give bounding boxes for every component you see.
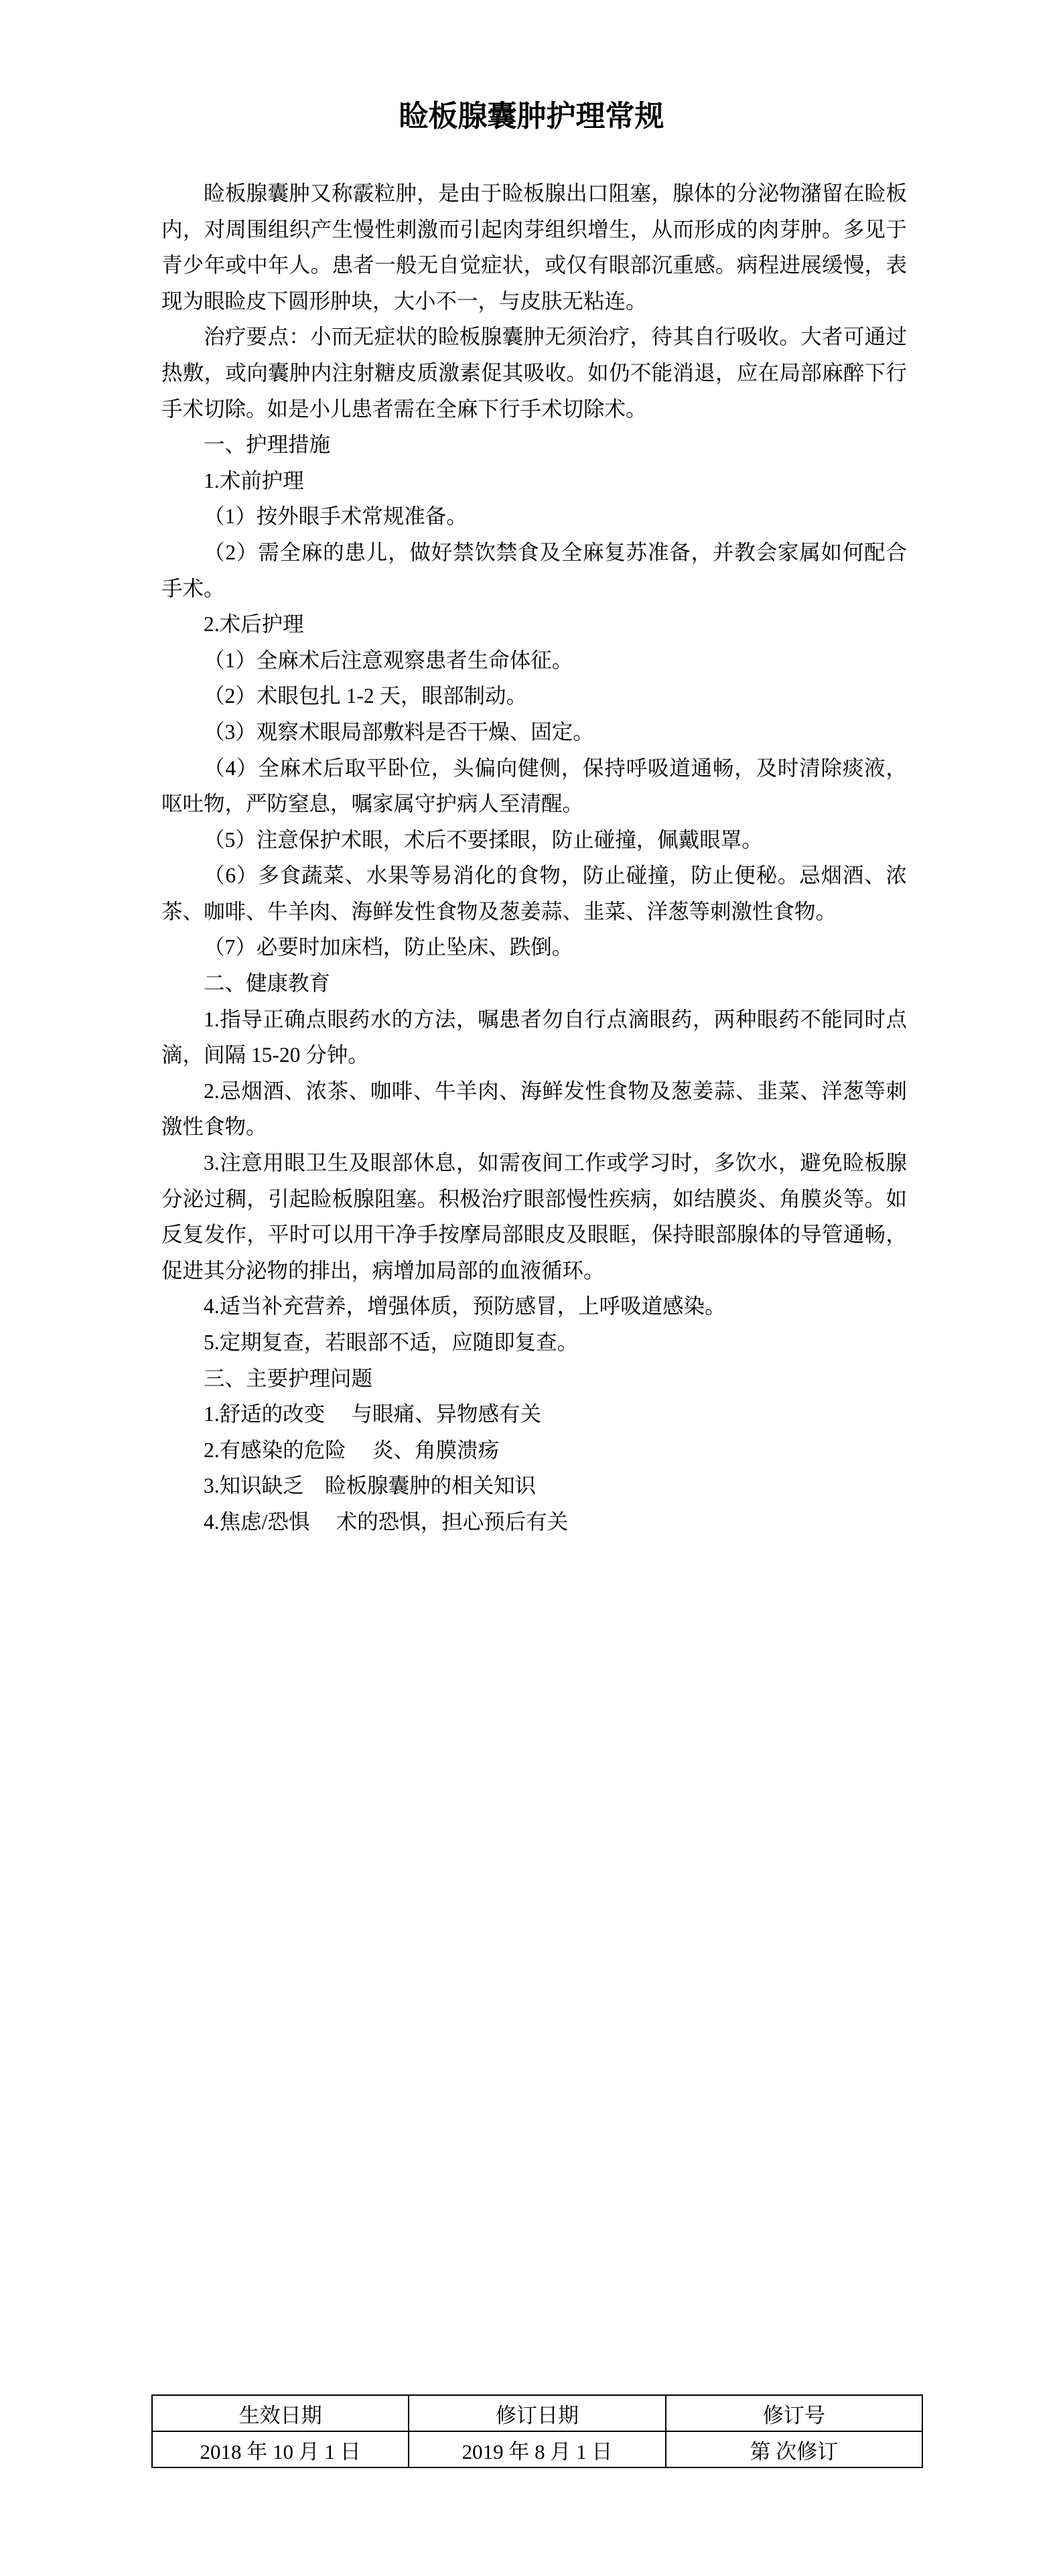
revision-table: 生效日期 修订日期 修订号 2018 年 10 月 1 日 2019 年 8 月… — [151, 2394, 923, 2468]
text-line: 促进其分泌物的排出，病增加局部的血液循环。 — [161, 1253, 907, 1289]
text-line: 5.定期复查，若眼部不适，应随即复查。 — [161, 1325, 907, 1361]
text-line: 青少年或中年人。患者一般无自觉症状，或仅有眼部沉重感。病程进展缓慢，表 — [161, 247, 907, 283]
text-line: 滴，间隔 15-20 分钟。 — [161, 1037, 907, 1073]
effective-date-header: 生效日期 — [152, 2395, 409, 2431]
text-line: （6）多食蔬菜、水果等易消化的食物，防止碰撞，防止便秘。忌烟酒、浓 — [161, 858, 907, 894]
text-line: 现为眼睑皮下圆形肿块，大小不一，与皮肤无粘连。 — [161, 283, 907, 320]
text-line: 热敷，或向囊肿内注射糖皮质激素促其吸收。如仍不能消退，应在局部麻醉下行 — [161, 355, 907, 391]
text-line: 1.术前护理 — [161, 463, 907, 499]
revision-date-header: 修订日期 — [409, 2395, 665, 2431]
text-line: 2.有感染的危险 炎、角膜溃疡 — [161, 1432, 907, 1469]
text-line: 1.舒适的改变 与眼痛、异物感有关 — [161, 1396, 907, 1432]
text-line: 反复发作，平时可以用干净手按摩局部眼皮及眼眶，保持眼部腺体的导管通畅， — [161, 1217, 907, 1253]
text-line: 手术切除。如是小儿患者需在全麻下行手术切除术。 — [161, 391, 907, 427]
revision-date-value: 2019 年 8 月 1 日 — [409, 2431, 665, 2467]
text-line: （5）注意保护术眼，术后不要揉眼，防止碰撞，佩戴眼罩。 — [161, 822, 907, 858]
document-page: 睑板腺囊肿护理常规 睑板腺囊肿又称霰粒肿，是由于睑板腺出口阻塞，腺体的分泌物潴留… — [0, 0, 1063, 2576]
text-line: 激性食物。 — [161, 1109, 907, 1145]
document-body: 睑板腺囊肿又称霰粒肿，是由于睑板腺出口阻塞，腺体的分泌物潴留在睑板内，对周围组织… — [161, 176, 907, 1540]
text-line: （7）必要时加床档，防止坠床、跌倒。 — [161, 929, 907, 965]
text-line: （1）按外眼手术常规准备。 — [161, 498, 907, 535]
text-line: 治疗要点：小而无症状的睑板腺囊肿无须治疗，待其自行吸收。大者可通过 — [161, 319, 907, 355]
text-line: 内，对周围组织产生慢性刺激而引起肉芽组织增生，从而形成的肉芽肿。多见于 — [161, 212, 907, 248]
revision-number-header: 修订号 — [666, 2395, 922, 2431]
text-line: 1.指导正确点眼药水的方法，嘱患者勿自行点滴眼药，两种眼药不能同时点 — [161, 1002, 907, 1038]
text-line: （4）全麻术后取平卧位，头偏向健侧，保持呼吸道通畅，及时清除痰液， — [161, 750, 907, 787]
effective-date-value: 2018 年 10 月 1 日 — [152, 2431, 409, 2467]
revision-number-value: 第 次修订 — [666, 2431, 922, 2467]
text-line: 三、主要护理问题 — [161, 1361, 907, 1397]
text-line: （3）观察术眼局部敷料是否干燥、固定。 — [161, 714, 907, 750]
text-line: 4.焦虑/恐惧 术的恐惧，担心预后有关 — [161, 1504, 907, 1540]
text-line: 分泌过稠，引起睑板腺阻塞。积极治疗眼部慢性疾病，如结膜炎、角膜炎等。如 — [161, 1181, 907, 1217]
revision-table-data-row: 2018 年 10 月 1 日 2019 年 8 月 1 日 第 次修订 — [152, 2431, 922, 2467]
text-line: 一、护理措施 — [161, 427, 907, 463]
text-line: 手术。 — [161, 571, 907, 607]
text-line: 2.术后护理 — [161, 606, 907, 642]
text-line: 二、健康教育 — [161, 965, 907, 1002]
text-line: 茶、咖啡、牛羊肉、海鲜发性食物及葱姜蒜、韭菜、洋葱等刺激性食物。 — [161, 894, 907, 930]
text-line: （2）需全麻的患儿，做好禁饮禁食及全麻复苏准备，并教会家属如何配合 — [161, 535, 907, 571]
text-line: 睑板腺囊肿又称霰粒肿，是由于睑板腺出口阻塞，腺体的分泌物潴留在睑板 — [161, 176, 907, 212]
text-line: 2.忌烟酒、浓茶、咖啡、牛羊肉、海鲜发性食物及葱姜蒜、韭菜、洋葱等刺 — [161, 1073, 907, 1109]
text-line: 呕吐物，严防窒息，嘱家属守护病人至清醒。 — [161, 786, 907, 822]
text-line: 4.适当补充营养，增强体质，预防感冒，上呼吸道感染。 — [161, 1288, 907, 1325]
text-line: （2）术眼包扎 1-2 天，眼部制动。 — [161, 678, 907, 714]
document-title: 睑板腺囊肿护理常规 — [0, 99, 1063, 134]
revision-table-header-row: 生效日期 修订日期 修订号 — [152, 2395, 922, 2431]
text-line: 3.知识缺乏 睑板腺囊肿的相关知识 — [161, 1468, 907, 1504]
text-line: 3.注意用眼卫生及眼部休息，如需夜间工作或学习时，多饮水，避免睑板腺 — [161, 1145, 907, 1181]
text-line: （1）全麻术后注意观察患者生命体征。 — [161, 642, 907, 679]
